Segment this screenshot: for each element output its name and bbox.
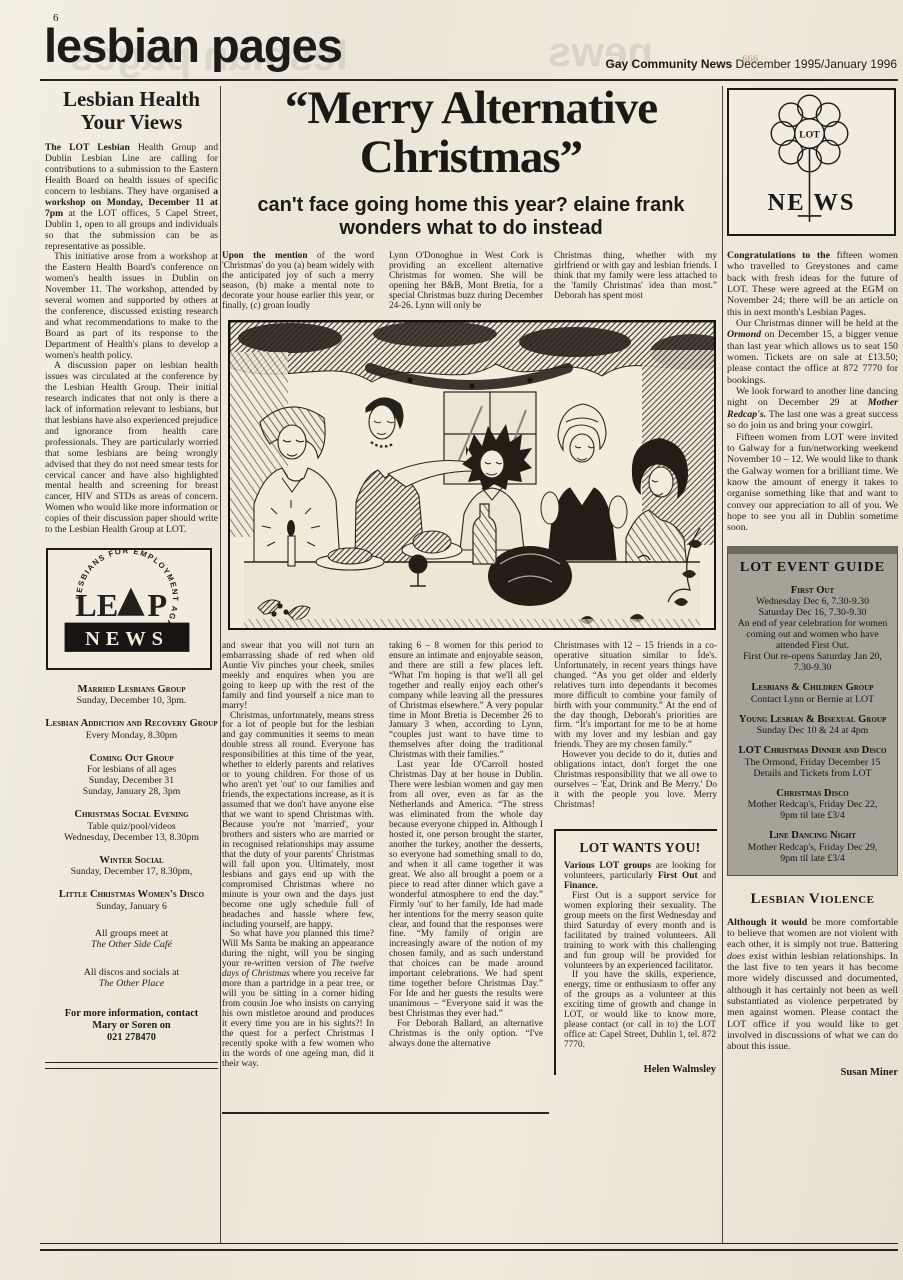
leap-news-box: LESBIANS FOR EMPLOYMENT AGAINST POVERTY …: [46, 548, 212, 670]
event-line: The Ormond, Friday December 15: [732, 757, 893, 768]
paragraph: and swear that you will not turn an emba…: [222, 642, 374, 712]
group-line: For lesbians of all ages: [45, 764, 218, 775]
event-item: Lesbians & Children Group Contact Lynn o…: [732, 682, 893, 705]
event-line: 9pm til late £3/4: [732, 853, 893, 864]
event-item: First Out Wednesday Dec 6, 7.30-9.30 Sat…: [732, 585, 893, 674]
paragraph: Congratulations to the fifteen women who…: [727, 250, 898, 318]
group-title: Lesbian Addiction and Recovery Group: [45, 718, 218, 730]
event-title: Lesbians & Children Group: [732, 682, 893, 694]
group-line: Sunday, December 17, 8.30pm,: [45, 866, 218, 877]
event-item: LOT Christmas Dinner and Disco The Ormon…: [732, 745, 893, 779]
article-title: Lesbian Health Your Views: [45, 88, 218, 133]
paragraph: The LOT Lesbian Health Group and Dublin …: [45, 143, 218, 252]
left-column-end-rule: [45, 1062, 218, 1069]
lot-logo-label: LOT: [799, 129, 820, 140]
paragraph: Last year Íde O'Carroll hosted Christmas…: [389, 761, 543, 1020]
lot-news-ne: NE: [768, 189, 806, 216]
illustration-drawing: [230, 322, 714, 628]
group-title: Married Lesbians Group: [45, 684, 218, 696]
body-column: taking 6 – 8 women for this period to en…: [389, 642, 543, 1075]
venue-name: The Other Side Café: [45, 939, 218, 951]
lesbian-violence-article: Lesbian Violence Although it would be mo…: [727, 891, 898, 1078]
lot-news-ws: WS: [813, 189, 855, 216]
event-title: Christmas Disco: [732, 788, 893, 800]
paragraph: First Out is a support service for women…: [564, 892, 716, 972]
paragraph: Lynn O'Donoghue in West Cork is providin…: [389, 252, 543, 312]
leap-triangle-a: [117, 587, 144, 615]
group-line: Sunday, January 28, 3pm: [45, 786, 218, 797]
paragraph: Upon the mention of the word 'Christmas'…: [222, 252, 374, 312]
paragraph: Although it would be more comfortable to…: [727, 917, 898, 1053]
event-line: An end of year celebration for women com…: [732, 618, 893, 651]
lot-news-box: LOT NE WS: [727, 88, 896, 236]
group-line: Wednesday, December 13, 8.30pm: [45, 832, 218, 843]
event-title: Young Lesbian & Bisexual Group: [732, 714, 893, 726]
guide-title: LOT EVENT GUIDE: [732, 560, 893, 576]
column-divider: [220, 86, 221, 1244]
paragraph: Our Christmas dinner will be held at the…: [727, 318, 898, 386]
masthead-title: lesbian pages: [44, 18, 342, 73]
paragraph: This initiative arose from a workshop at…: [45, 252, 218, 361]
issue-date: December 1995/January 1996: [732, 57, 897, 71]
contact-info: For more information, contact Mary or So…: [45, 1008, 218, 1044]
lot-event-guide: LOT EVENT GUIDE First Out Wednesday Dec …: [727, 546, 898, 876]
paragraph: We look forward to another line dancing …: [727, 386, 898, 431]
phone-number: 021 278470: [45, 1032, 218, 1044]
subhead: can't face going home this year? elaine …: [222, 194, 720, 240]
paragraph: Fifteen women from LOT were invited to G…: [727, 432, 898, 534]
event-title: First Out: [732, 585, 893, 597]
intro-column: Lynn O'Donoghue in West Cork is providin…: [389, 252, 543, 312]
body-column: and swear that you will not turn an emba…: [222, 642, 374, 1075]
box-title: LOT WANTS YOU!: [564, 843, 716, 853]
group-title: Little Christmas Women's Disco: [45, 889, 218, 901]
lot-logo: LOT NE WS: [729, 90, 890, 230]
paragraph: Christmas, unfortunately, means stress f…: [222, 712, 374, 931]
group-line: Sunday, December 31: [45, 775, 218, 786]
publication-name: Gay Community News: [606, 57, 733, 71]
event-title: Line Dancing Night: [732, 830, 893, 842]
lot-news-article: LOT NE WS Congratulations to the fifteen…: [727, 88, 898, 1078]
leap-news-label: NEWS: [85, 628, 169, 650]
event-line: Contact Lynn or Bernie at LOT: [732, 694, 893, 705]
newspaper-page: 6 lesbian pages news lesbian pages 666 G…: [0, 0, 903, 1280]
group-title: Winter Social: [45, 855, 218, 867]
event-line: Mother Redcap's, Friday Dec 29,: [732, 842, 893, 853]
group-item: Married Lesbians Group Sunday, December …: [45, 684, 218, 707]
lot-news-text: Congratulations to the fifteen women who…: [727, 250, 898, 534]
christmas-dinner-illustration: [228, 320, 716, 630]
intro-column: Upon the mention of the word 'Christmas'…: [222, 252, 374, 312]
event-item: Christmas Disco Mother Redcap's, Friday …: [732, 788, 893, 822]
group-item: Coming Out Group For lesbians of all age…: [45, 753, 218, 798]
group-item: Little Christmas Women's Disco Sunday, J…: [45, 889, 218, 912]
group-title: Coming Out Group: [45, 753, 218, 765]
bottom-rule: [40, 1243, 898, 1251]
paragraph: For Deborah Ballard, an alternative Chri…: [389, 1020, 543, 1050]
paragraph: So what have you planned this time? Will…: [222, 930, 374, 1069]
venue-note: All discos and socials at The Other Plac…: [45, 967, 218, 990]
group-listing: Married Lesbians Group Sunday, December …: [45, 684, 218, 912]
paragraph: However you decide to do it, duties and …: [554, 751, 717, 811]
group-line: Sunday, January 6: [45, 901, 218, 912]
event-line: Details and Tickets from LOT: [732, 768, 893, 779]
issue-line: Gay Community News December 1995/January…: [606, 57, 897, 71]
paragraph: Christmas thing, whether with my girlfri…: [554, 252, 717, 302]
group-line: Sunday, December 10, 3pm.: [45, 695, 218, 706]
lot-wants-you-box: LOT WANTS YOU! Various LOT groups are lo…: [554, 829, 717, 1075]
event-line: Saturday Dec 16, 7.30-9.30: [732, 607, 893, 618]
section-rule: [222, 1112, 549, 1114]
headline: “Merry Alternative Christmas”: [222, 84, 720, 182]
event-item: Young Lesbian & Bisexual Group Sunday De…: [732, 714, 893, 737]
event-item: Line Dancing Night Mother Redcap's, Frid…: [732, 830, 893, 864]
event-line: 9pm til late £3/4: [732, 810, 893, 821]
group-line: Table quiz/pool/videos: [45, 821, 218, 832]
paragraph: Christmases with 12 – 15 friends in a co…: [554, 642, 717, 751]
lesbian-health-article: Lesbian Health Your Views The LOT Lesbia…: [45, 88, 218, 1069]
event-line: Mother Redcap's, Friday Dec 22,: [732, 799, 893, 810]
byline: Helen Walmsley: [564, 1065, 716, 1075]
event-title: LOT Christmas Dinner and Disco: [732, 745, 893, 757]
paragraph: taking 6 – 8 women for this period to en…: [389, 642, 543, 761]
intro-row: Upon the mention of the word 'Christmas'…: [222, 252, 720, 312]
group-item: Christmas Social Evening Table quiz/pool…: [45, 809, 218, 843]
body-row: and swear that you will not turn an emba…: [222, 642, 720, 1075]
intro-column: Christmas thing, whether with my girlfri…: [554, 252, 717, 312]
event-line: First Out re-opens Saturday Jan 20, 7.30…: [732, 651, 893, 673]
event-line: Sunday Dec 10 & 24 at 4pm: [732, 725, 893, 736]
byline: Susan Miner: [727, 1067, 898, 1078]
group-item: Winter Social Sunday, December 17, 8.30p…: [45, 855, 218, 878]
masthead-rule: [40, 79, 898, 81]
leap-letters-le: LE: [75, 587, 118, 623]
body-column: Christmases with 12 – 15 friends in a co…: [554, 642, 717, 1075]
paragraph: If you have the skills, experience, ener…: [564, 971, 716, 1051]
venue-name: The Other Place: [45, 978, 218, 990]
group-item: Lesbian Addiction and Recovery Group Eve…: [45, 718, 218, 741]
article-title: Lesbian Violence: [727, 891, 898, 908]
group-title: Christmas Social Evening: [45, 809, 218, 821]
paragraph: A discussion paper on lesbian health iss…: [45, 361, 218, 536]
event-line: Wednesday Dec 6, 7.30-9.30: [732, 596, 893, 607]
feature-article: “Merry Alternative Christmas” can't face…: [222, 84, 720, 1075]
leap-letter-p: P: [147, 587, 167, 623]
leap-logo: LESBIANS FOR EMPLOYMENT AGAINST POVERTY …: [48, 550, 206, 664]
column-divider: [722, 86, 723, 1244]
group-line: Every Monday, 8.30pm: [45, 730, 218, 741]
paragraph: Various LOT groups are looking for volun…: [564, 862, 716, 892]
venue-note: All groups meet at The Other Side Café: [45, 928, 218, 951]
